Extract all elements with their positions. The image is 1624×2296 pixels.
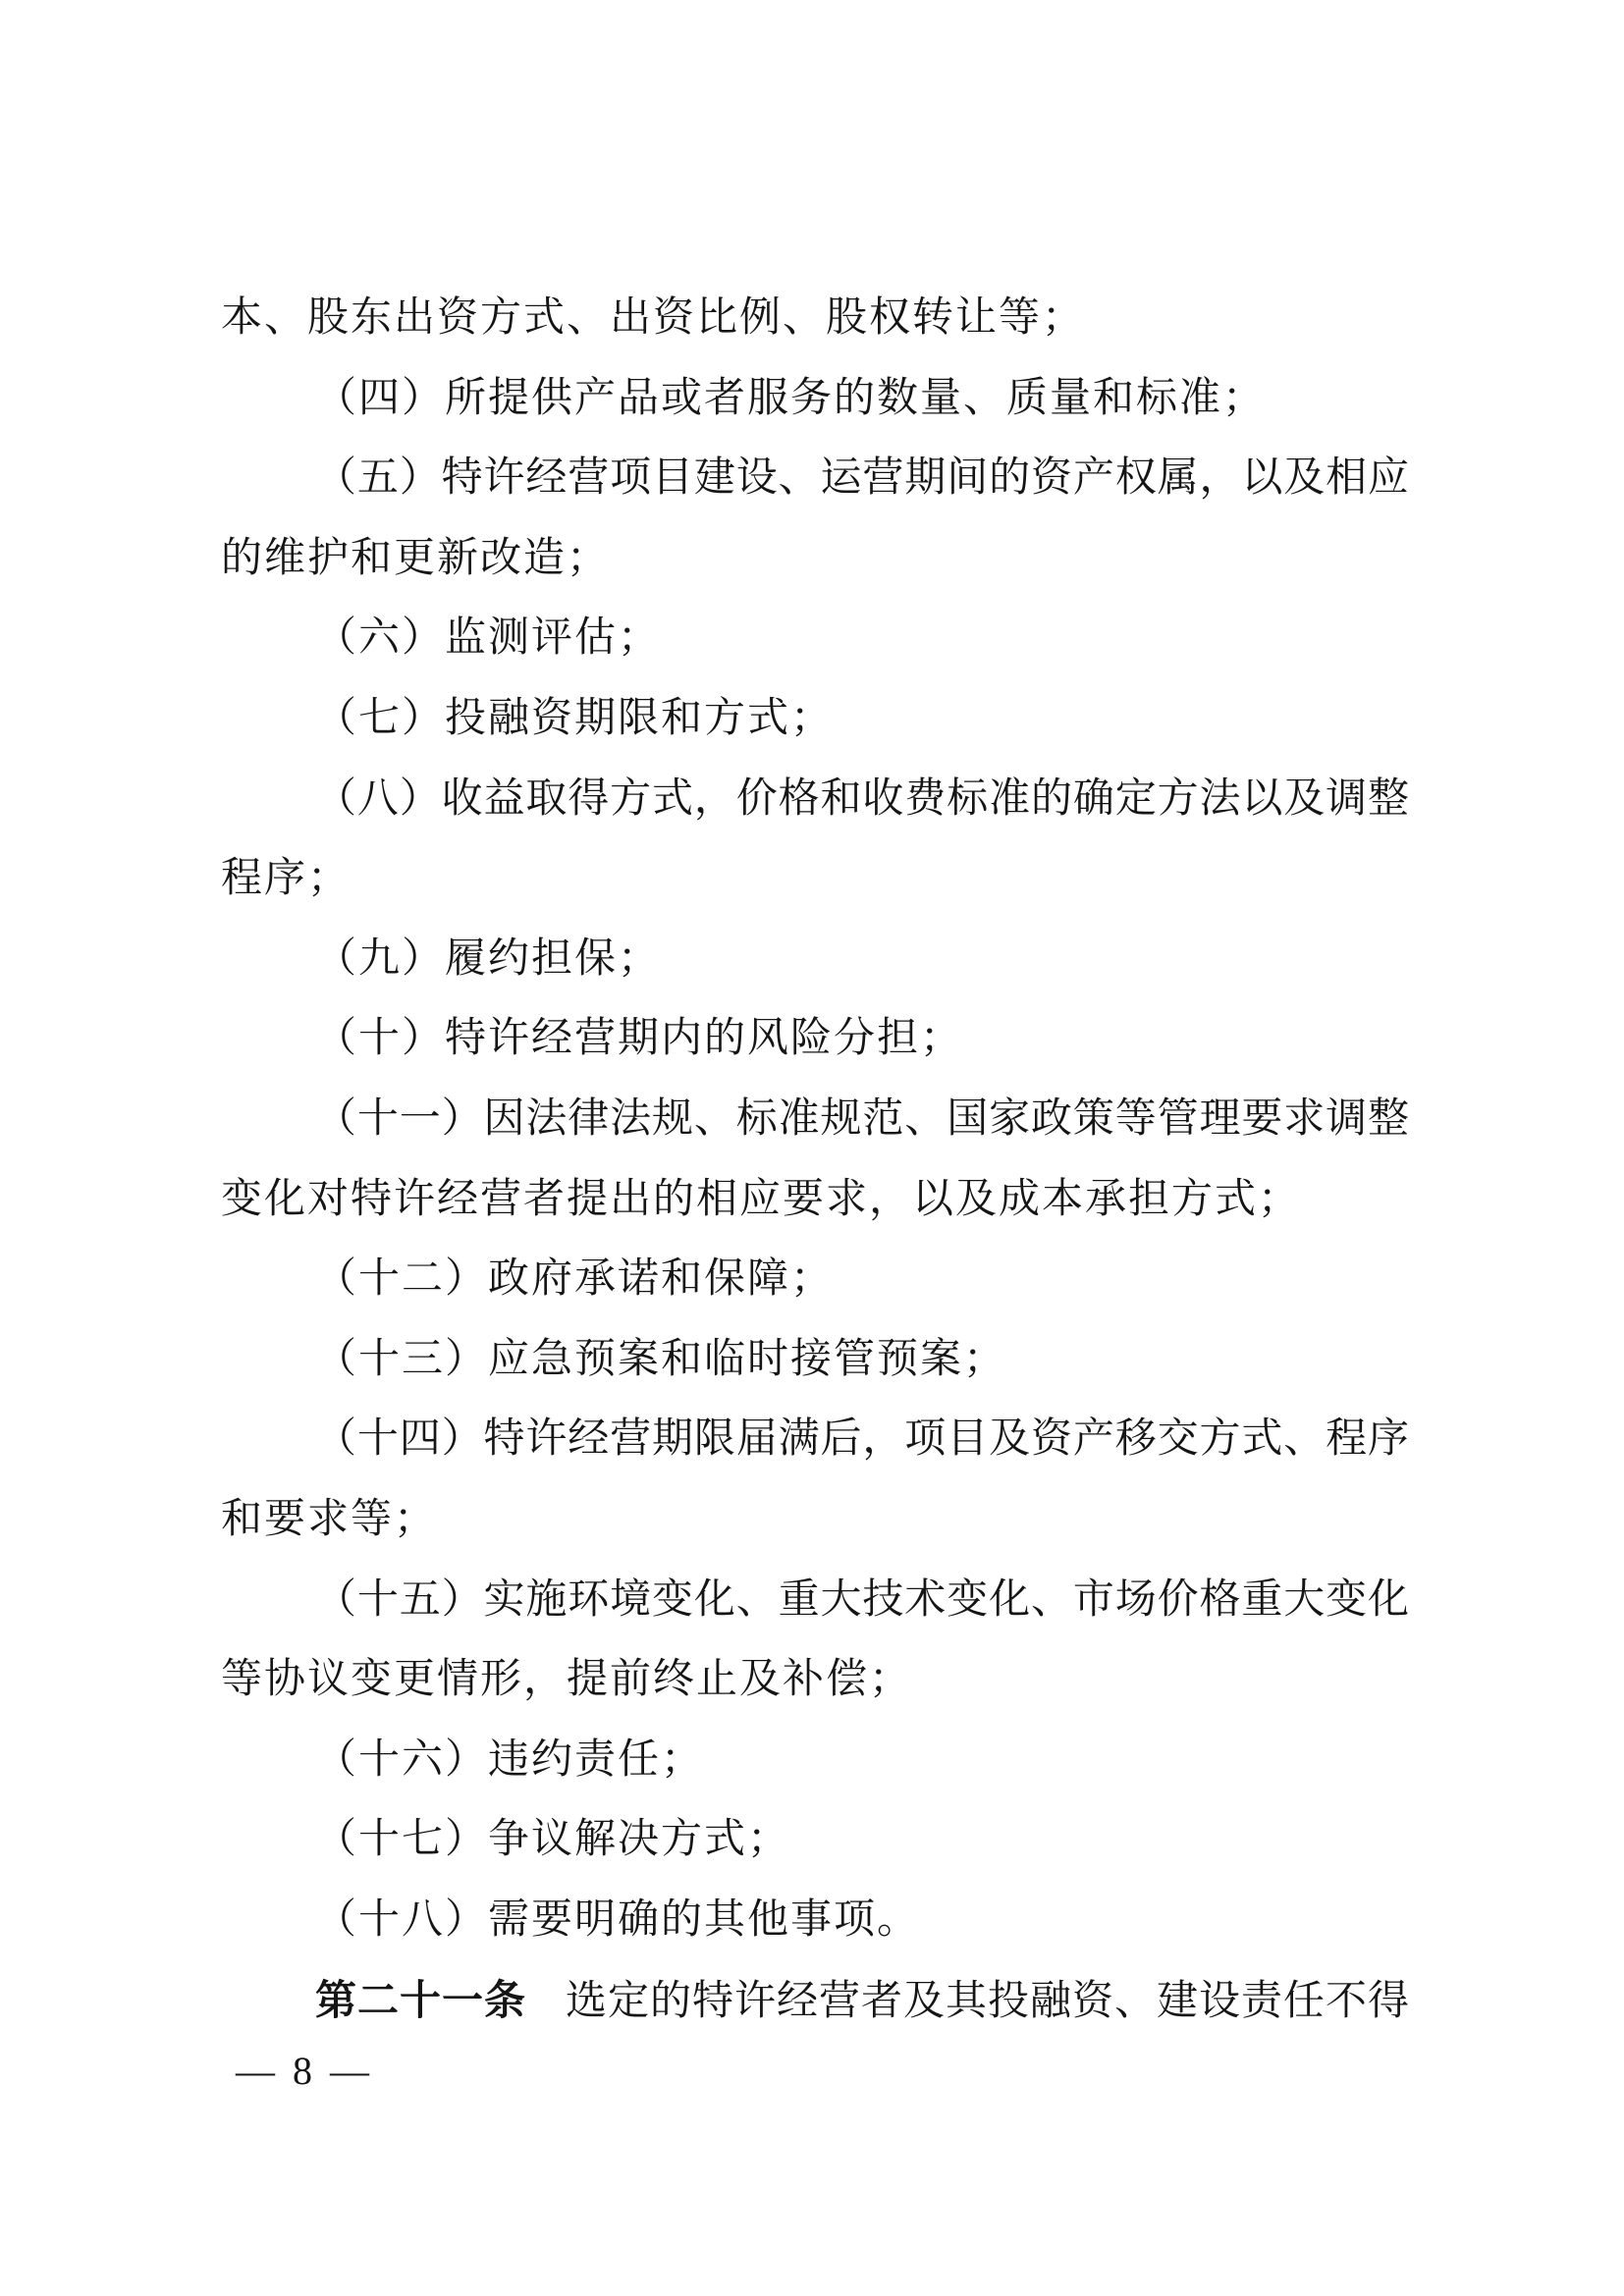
text-line: （七）投融资期限和方式； [221,679,1409,760]
text-line: （六）监测评估； [221,599,1409,679]
text-line: （十五）实施环境变化、重大技术变化、市场价格重大变化 [221,1561,1409,1641]
document-page: 本、股东出资方式、出资比例、股权转让等；（四）所提供产品或者服务的数量、质量和标… [0,0,1624,2296]
text-line: （十二）政府承诺和保障； [221,1240,1409,1320]
text-line: （十）特许经营期内的风险分担； [221,999,1409,1080]
text-line: （十七）争议解决方式； [221,1800,1409,1881]
text-line: （四）所提供产品或者服务的数量、质量和标准； [221,359,1409,440]
document-body: 本、股东出资方式、出资比例、股权转让等；（四）所提供产品或者服务的数量、质量和标… [221,279,1409,2041]
page-number: — 8 — [236,2047,373,2096]
text-line: 本、股东出资方式、出资比例、股权转让等； [221,279,1409,359]
text-line: 变化对特许经营者提出的相应要求，以及成本承担方式； [221,1160,1409,1241]
article-heading-line: 第二十一条选定的特许经营者及其投融资、建设责任不得 [221,1960,1409,2041]
text-line: 的维护和更新改造； [221,519,1409,600]
text-line: （十八）需要明确的其他事项。 [221,1881,1409,1961]
text-line: （八）收益取得方式，价格和收费标准的确定方法以及调整 [221,760,1409,840]
text-line: （五）特许经营项目建设、运营期间的资产权属，以及相应 [221,439,1409,519]
article-text: 选定的特许经营者及其投融资、建设责任不得 [566,1979,1410,2024]
text-line: 等协议变更情形，提前终止及补偿； [221,1640,1409,1721]
text-line: （九）履约担保； [221,920,1409,1000]
text-line: （十三）应急预案和临时接管预案； [221,1320,1409,1401]
text-line: （十一）因法律法规、标准规范、国家政策等管理要求调整 [221,1080,1409,1160]
text-line: 程序； [221,839,1409,920]
article-number: 第二十一条 [315,1977,526,2023]
text-line: 和要求等； [221,1480,1409,1561]
text-line: （十四）特许经营期限届满后，项目及资产移交方式、程序 [221,1400,1409,1480]
text-line: （十六）违约责任； [221,1721,1409,1801]
